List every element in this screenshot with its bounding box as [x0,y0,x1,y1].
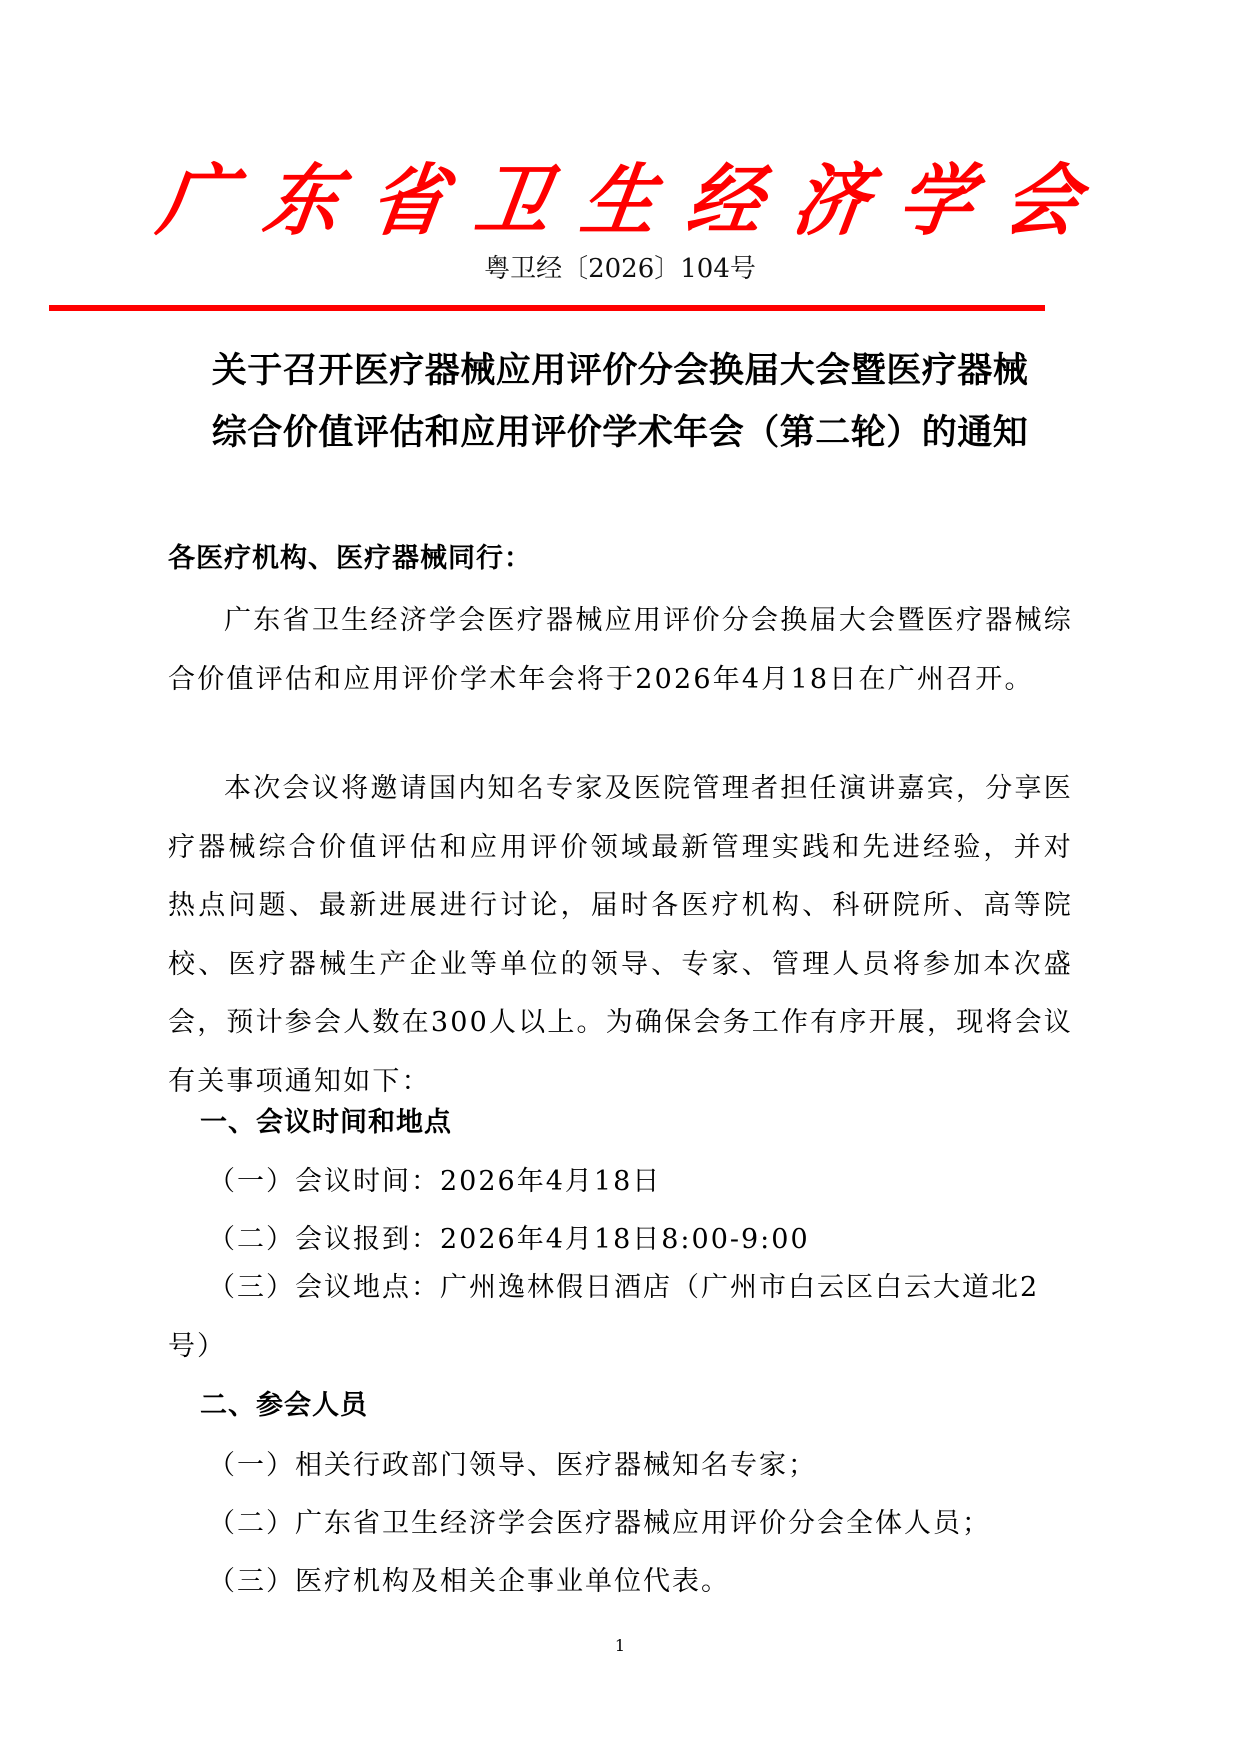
list-item-attendee: （三）医疗机构及相关企事业单位代表。 [208,1559,730,1598]
letterhead-char: 卫 [469,139,559,250]
details-paragraph: 本次会议将邀请国内知名专家及医院管理者担任演讲嘉宾，分享医疗器械综合价值评估和应… [168,760,1073,1111]
letterhead-char: 学 [892,139,982,250]
list-item-registration: （二）会议报到：2026年4月18日8:00-9:00 [208,1217,810,1256]
notice-title-line: 关于召开医疗器械应用评价分会换届大会暨医疗器械 [160,340,1080,402]
section-heading-attendees: 二、参会人员 [200,1383,368,1422]
letterhead-char: 生 [575,139,665,250]
letterhead-char: 经 [681,139,771,250]
letterhead-divider [49,305,1045,311]
document-page: 广 东 省 卫 生 经 济 学 会 粤卫经〔2026〕104号 关于召开医疗器械… [0,0,1240,1754]
letterhead-char: 广 [152,139,242,250]
organization-letterhead-title: 广 东 省 卫 生 经 济 学 会 [160,140,1080,250]
notice-title-line: 综合价值评估和应用评价学术年会（第二轮）的通知 [160,402,1080,464]
section-heading-time-location: 一、会议时间和地点 [200,1100,452,1139]
notice-title: 关于召开医疗器械应用评价分会换届大会暨医疗器械 综合价值评估和应用评价学术年会（… [160,340,1080,464]
list-item-attendee: （二）广东省卫生经济学会医疗器械应用评价分会全体人员； [208,1501,991,1540]
salutation: 各医疗机构、医疗器械同行： [168,530,1073,589]
letterhead-char: 会 [998,139,1088,250]
list-item-venue: （三）会议地点：广州逸林假日酒店（广州市白云区白云大道北2号） [168,1259,1073,1376]
letterhead-char: 省 [364,139,454,250]
letterhead-char: 济 [787,139,877,250]
page-number: 1 [0,1636,1240,1655]
intro-paragraph: 广东省卫生经济学会医疗器械应用评价分会换届大会暨医疗器械综合价值评估和应用评价学… [168,592,1073,709]
letterhead-char: 东 [258,139,348,250]
list-item-attendee: （一）相关行政部门领导、医疗器械知名专家； [208,1443,817,1482]
list-item-meeting-time: （一）会议时间：2026年4月18日 [208,1159,661,1198]
document-number: 粤卫经〔2026〕104号 [0,248,1240,285]
